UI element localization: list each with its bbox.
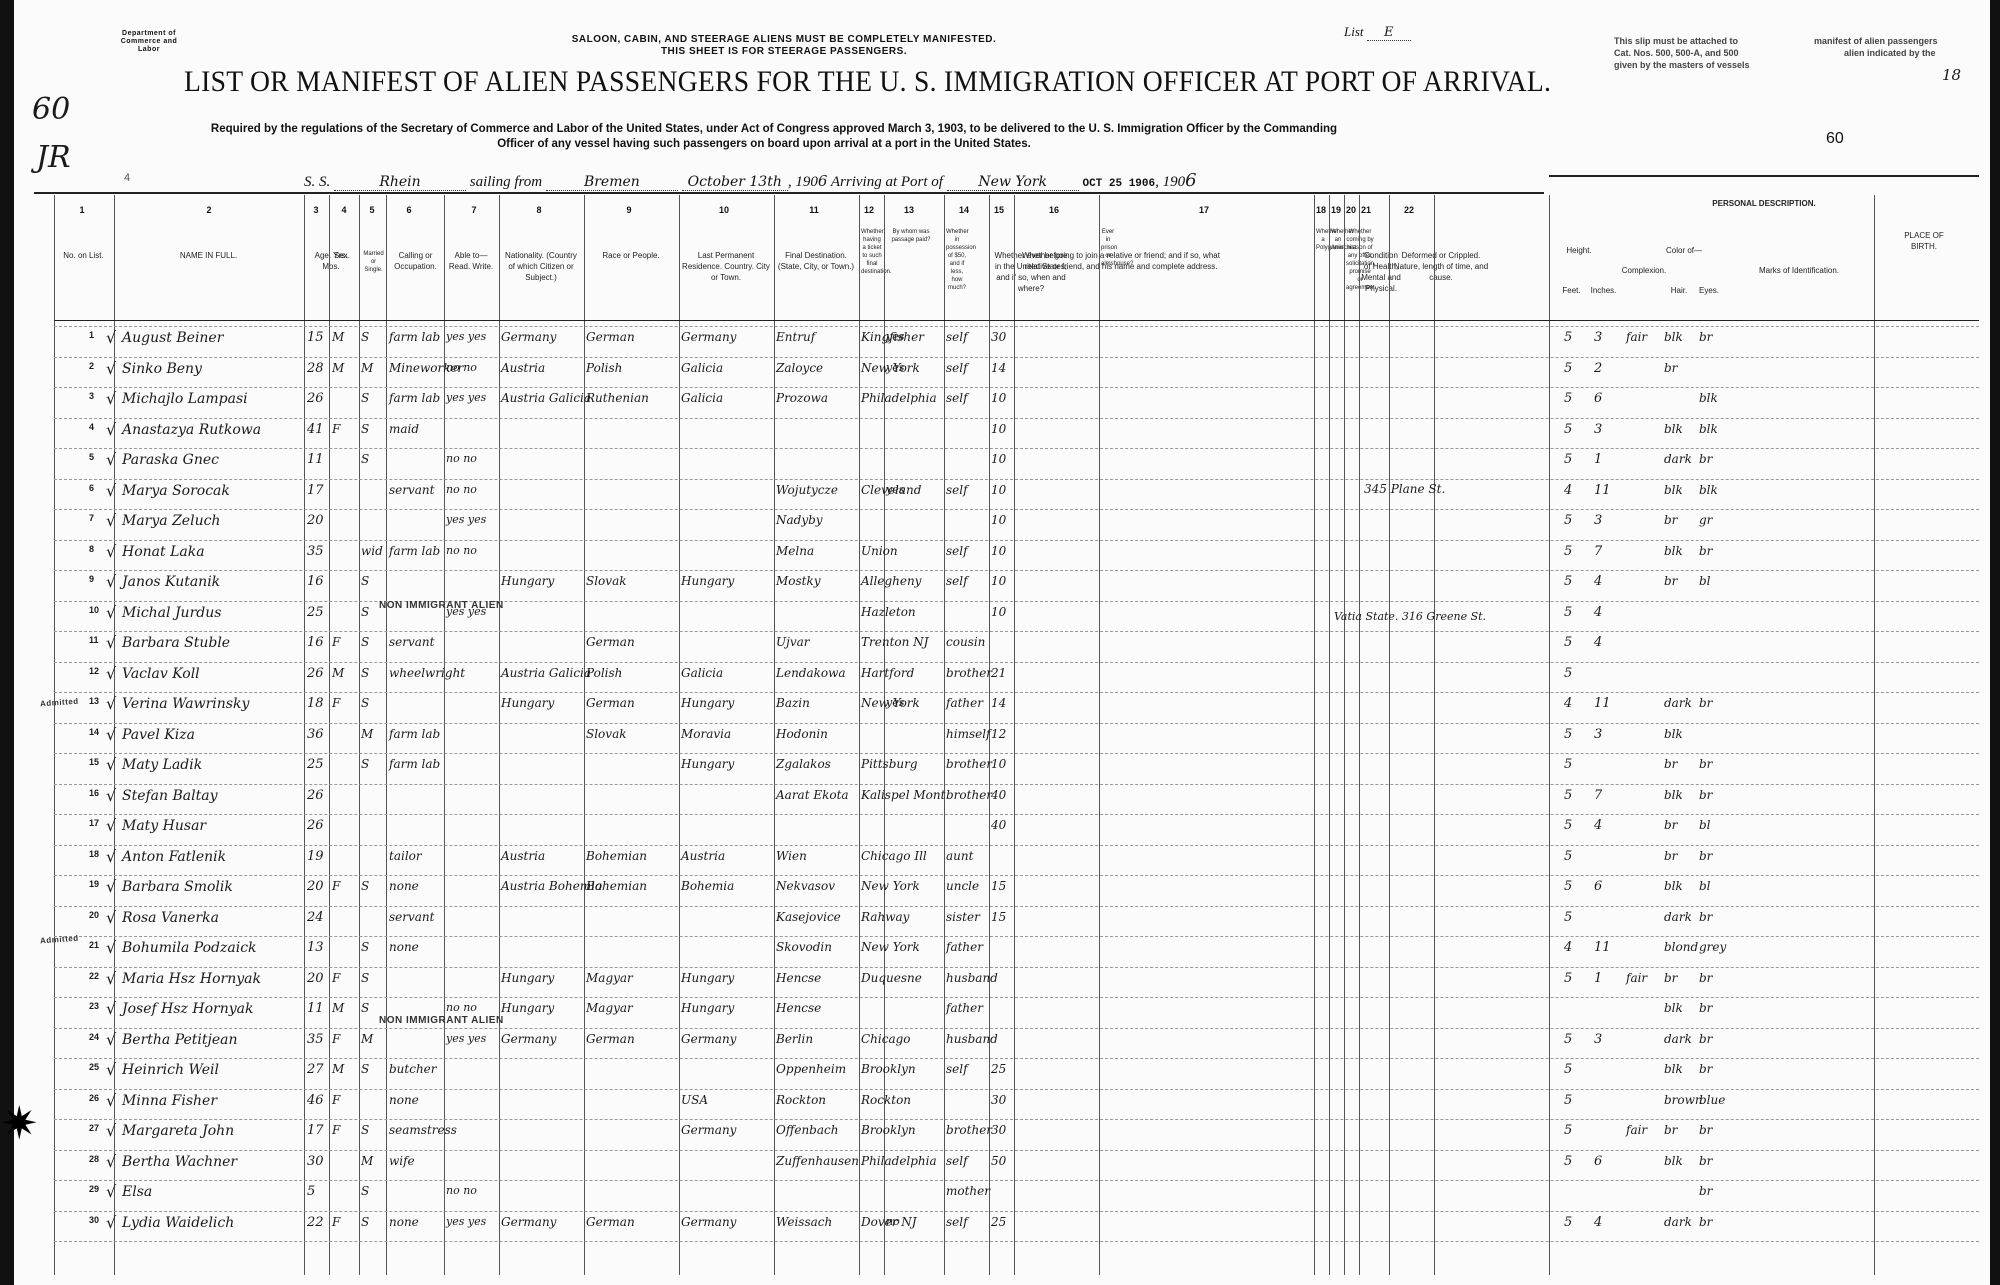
money: 10 bbox=[991, 483, 1006, 497]
checkmark-icon: √ bbox=[106, 908, 116, 927]
money: 10 bbox=[991, 452, 1006, 466]
scan-left-edge bbox=[0, 0, 14, 1285]
column-number-7: 7 bbox=[464, 205, 484, 215]
column-header-22: Deformed or Crippled. Nature, length of … bbox=[1391, 250, 1491, 283]
passenger-name: Minna Fisher bbox=[122, 1093, 217, 1109]
row-number: 20 bbox=[89, 910, 99, 920]
passenger-name: Marya Zeluch bbox=[122, 513, 220, 529]
eye-color: bl bbox=[1699, 574, 1711, 588]
final-destination: Rahway bbox=[861, 910, 909, 924]
row-divider bbox=[54, 936, 1979, 937]
height-feet: 5 bbox=[1564, 361, 1572, 376]
occupation: wheelwright bbox=[389, 666, 465, 680]
row-number: 11 bbox=[89, 635, 99, 645]
final-destination: Hazleton bbox=[861, 605, 916, 619]
eye-color: blk bbox=[1699, 422, 1718, 436]
checkmark-icon: √ bbox=[106, 694, 116, 713]
checkmark-icon: √ bbox=[106, 938, 116, 957]
column-header-11: Final Destination. (State, City, or Town… bbox=[776, 250, 856, 272]
passage-paid-by: self bbox=[946, 544, 968, 558]
row-number: 24 bbox=[89, 1032, 99, 1042]
occupation: farm lab bbox=[389, 727, 440, 741]
height-feet: 4 bbox=[1564, 940, 1572, 955]
row-divider bbox=[54, 723, 1979, 724]
age: 11 bbox=[307, 1001, 324, 1016]
column-number-4: 4 bbox=[334, 205, 354, 215]
row-number: 16 bbox=[89, 788, 99, 798]
column-header-14: Whether in possession of $50, and if les… bbox=[946, 228, 968, 292]
occupation: servant bbox=[389, 483, 434, 497]
residence-city: Kasejovice bbox=[776, 910, 841, 924]
residence-country: Bohemia bbox=[681, 879, 734, 893]
eye-color: br bbox=[1699, 910, 1712, 924]
passage-paid-by: uncle bbox=[946, 879, 979, 893]
notice-line-2: THIS SHEET IS FOR STEERAGE PASSENGERS. bbox=[394, 46, 1174, 57]
hair-color: dark bbox=[1664, 452, 1692, 466]
nationality: Hungary bbox=[501, 574, 554, 588]
marks-header: Marks of Identification. bbox=[1734, 265, 1864, 276]
hair-color: blk bbox=[1664, 544, 1683, 558]
height-feet: 5 bbox=[1564, 1032, 1572, 1047]
residence-city: Entruf bbox=[776, 330, 815, 344]
residence-city: Hodonin bbox=[776, 727, 828, 741]
hair-color: blk bbox=[1664, 1154, 1683, 1168]
row-number: 23 bbox=[89, 1001, 99, 1011]
checkmark-icon: √ bbox=[106, 877, 116, 896]
age: 28 bbox=[307, 361, 324, 376]
occupation: farm lab bbox=[389, 330, 440, 344]
height-inches: 6 bbox=[1594, 391, 1602, 406]
row-divider bbox=[54, 357, 1979, 358]
height-feet: 5 bbox=[1564, 818, 1572, 833]
column-header-10: Last Permanent Residence. Country. City … bbox=[681, 250, 771, 283]
checkmark-icon: √ bbox=[106, 542, 116, 561]
race: Magyar bbox=[586, 1001, 633, 1015]
age: 27 bbox=[307, 1062, 324, 1077]
marital-status: M bbox=[361, 727, 373, 741]
column-number-9: 9 bbox=[619, 205, 639, 215]
ss-prefix: S. S. bbox=[304, 174, 330, 190]
column-number-16: 16 bbox=[1044, 205, 1064, 215]
final-destination: Hartford bbox=[861, 666, 914, 680]
eye-color: br bbox=[1699, 696, 1712, 710]
complexion-header: Complexion. bbox=[1614, 265, 1674, 276]
age: 25 bbox=[307, 757, 324, 772]
residence-country: Hungary bbox=[681, 574, 734, 588]
sex: M bbox=[332, 666, 344, 680]
marital-status: S bbox=[361, 666, 369, 680]
arriving-label: Arriving at Port of bbox=[831, 174, 943, 190]
row-number: 27 bbox=[89, 1123, 99, 1133]
department-label: Department of Commerce and Labor bbox=[114, 30, 184, 54]
eye-color: br bbox=[1699, 1123, 1712, 1137]
hair-color: blk bbox=[1664, 422, 1683, 436]
height-feet: 5 bbox=[1564, 1123, 1572, 1138]
marital-status: S bbox=[361, 574, 369, 588]
eye-color: bl bbox=[1699, 818, 1711, 832]
residence-city: Mostky bbox=[776, 574, 821, 588]
final-destination: Philadelphia bbox=[861, 391, 937, 405]
marital-status: M bbox=[361, 361, 373, 375]
money: 15 bbox=[991, 910, 1006, 924]
passenger-name: Paraska Gnec bbox=[122, 452, 219, 468]
final-destination: Trenton NJ bbox=[861, 635, 928, 649]
height-inches: 3 bbox=[1594, 513, 1602, 528]
scan-right-edge bbox=[1990, 0, 2000, 1285]
sex: F bbox=[332, 1093, 340, 1107]
money: 14 bbox=[991, 361, 1006, 375]
age: 36 bbox=[307, 727, 324, 742]
final-destination: Union bbox=[861, 544, 898, 558]
passenger-name: August Beiner bbox=[122, 330, 223, 346]
checkmark-icon: √ bbox=[106, 725, 116, 744]
eye-color: br bbox=[1699, 1032, 1712, 1046]
row-number: 6 bbox=[89, 483, 94, 493]
eye-color: br bbox=[1699, 1184, 1712, 1198]
ticket: yes bbox=[886, 361, 904, 374]
row-divider bbox=[54, 1058, 1979, 1059]
read-write: no no bbox=[446, 1001, 477, 1014]
list-field: List E bbox=[1344, 24, 1411, 41]
sailing-date: October 13th bbox=[682, 174, 788, 191]
race: Slovak bbox=[586, 727, 627, 741]
row-number: 15 bbox=[89, 757, 99, 767]
column-header-9: Race or People. bbox=[586, 250, 676, 261]
column-number-11: 11 bbox=[804, 205, 824, 215]
read-write: yes yes bbox=[446, 330, 486, 343]
eye-color: blk bbox=[1699, 483, 1718, 497]
column-header-12: Whether having a ticket to such final de… bbox=[861, 228, 883, 276]
row-number: 22 bbox=[89, 971, 99, 981]
height-inches: 7 bbox=[1594, 788, 1602, 803]
column-header-1: No. on List. bbox=[56, 250, 111, 261]
residence-country: Galicia bbox=[681, 361, 723, 375]
eye-color: grey bbox=[1699, 940, 1726, 954]
passenger-name: Maria Hsz Hornyak bbox=[122, 971, 261, 987]
row-divider bbox=[54, 387, 1979, 388]
passenger-name: Bertha Petitjean bbox=[122, 1032, 238, 1048]
read-write: no no bbox=[446, 544, 477, 557]
column-header-2: NAME IN FULL. bbox=[116, 250, 301, 261]
passage-paid-by: himself bbox=[946, 727, 990, 741]
height-inches: 1 bbox=[1594, 971, 1602, 986]
age: 24 bbox=[307, 910, 324, 925]
read-write: yes yes bbox=[446, 391, 486, 404]
eye-color: br bbox=[1699, 757, 1712, 771]
hair-color: br bbox=[1664, 361, 1677, 375]
checkmark-icon: √ bbox=[106, 328, 116, 347]
residence-country: Galicia bbox=[681, 391, 723, 405]
passage-paid-by: self bbox=[946, 483, 968, 497]
residence-city: Rockton bbox=[776, 1093, 826, 1107]
age: 22 bbox=[307, 1215, 324, 1230]
money: 10 bbox=[991, 422, 1006, 436]
height-feet: 5 bbox=[1564, 605, 1572, 620]
passenger-name: Barbara Smolik bbox=[122, 879, 233, 895]
row-number: 1 bbox=[89, 330, 94, 340]
column-header-8: Nationality. (Country of which Citizen o… bbox=[501, 250, 581, 283]
residence-city: Oppenheim bbox=[776, 1062, 846, 1076]
row-number: 19 bbox=[89, 879, 99, 889]
row-number: 30 bbox=[89, 1215, 99, 1225]
residence-city: Weissach bbox=[776, 1215, 832, 1229]
row-divider bbox=[54, 418, 1979, 419]
row-divider bbox=[54, 479, 1979, 480]
row-divider bbox=[54, 814, 1979, 815]
column-header-5: Married or Single. bbox=[361, 250, 386, 274]
eye-color: br bbox=[1699, 1215, 1712, 1229]
passage-paid-by: self bbox=[946, 1154, 968, 1168]
residence-country: Moravia bbox=[681, 727, 731, 741]
marital-status: S bbox=[361, 1062, 369, 1076]
checkmark-icon: √ bbox=[106, 450, 116, 469]
eyes-header: Eyes. bbox=[1694, 285, 1724, 296]
money: 10 bbox=[991, 391, 1006, 405]
row-number: 7 bbox=[89, 513, 94, 523]
final-destination: Brooklyn bbox=[861, 1062, 916, 1076]
race: German bbox=[586, 696, 635, 710]
column-header-19: Whether an Anarchist. bbox=[1331, 228, 1345, 252]
row-divider bbox=[54, 509, 1979, 510]
passage-paid-by: brother bbox=[946, 788, 992, 802]
money: 30 bbox=[991, 1123, 1006, 1137]
row-divider bbox=[54, 1150, 1979, 1151]
age: 15 bbox=[307, 330, 324, 345]
checkmark-icon: √ bbox=[106, 755, 116, 774]
age: 35 bbox=[307, 1032, 324, 1047]
height-feet: 5 bbox=[1564, 971, 1572, 986]
sex: M bbox=[332, 330, 344, 344]
hair-color: brown bbox=[1664, 1093, 1703, 1107]
header-rule bbox=[34, 192, 1544, 194]
money: 40 bbox=[991, 818, 1006, 832]
height-feet: 5 bbox=[1564, 391, 1572, 406]
marital-status: S bbox=[361, 605, 369, 619]
star-marker-icon: ✷ bbox=[0, 1100, 39, 1146]
money: 12 bbox=[991, 727, 1006, 741]
occupation: farm lab bbox=[389, 391, 440, 405]
checkmark-icon: √ bbox=[106, 847, 116, 866]
admitted-stamp-2: Admitted bbox=[40, 934, 79, 946]
passage-paid-by: self bbox=[946, 1062, 968, 1076]
passenger-name: Rosa Vanerka bbox=[122, 910, 219, 926]
residence-city: Zaloyce bbox=[776, 361, 823, 375]
eye-color: br bbox=[1699, 971, 1712, 985]
checkmark-icon: √ bbox=[106, 1182, 116, 1201]
marital-status: S bbox=[361, 696, 369, 710]
final-destination: New York bbox=[861, 879, 920, 893]
hair-color: dark bbox=[1664, 1215, 1692, 1229]
age: 17 bbox=[307, 483, 324, 498]
column-number-12: 12 bbox=[859, 205, 879, 215]
sex: F bbox=[332, 1123, 340, 1137]
final-destination: Philadelphia bbox=[861, 1154, 937, 1168]
height-feet: 5 bbox=[1564, 574, 1572, 589]
eye-color: br bbox=[1699, 1001, 1712, 1015]
occupation: servant bbox=[389, 635, 434, 649]
slip-line-2b: alien indicated by the bbox=[1844, 48, 1936, 58]
passenger-name: Honat Laka bbox=[122, 544, 205, 560]
height-feet: 5 bbox=[1564, 849, 1572, 864]
marital-status: M bbox=[361, 1032, 373, 1046]
marital-status: S bbox=[361, 1123, 369, 1137]
eye-color: br bbox=[1699, 788, 1712, 802]
checkmark-icon: √ bbox=[106, 816, 116, 835]
passenger-name: Josef Hsz Hornyak bbox=[122, 1001, 253, 1017]
checkmark-icon: √ bbox=[106, 359, 116, 378]
row-divider bbox=[54, 906, 1979, 907]
marital-status: S bbox=[361, 1184, 369, 1198]
height-inches: 7 bbox=[1594, 544, 1602, 559]
read-write: no no bbox=[446, 483, 477, 496]
occupation: servant bbox=[389, 910, 434, 924]
eye-color: blk bbox=[1699, 391, 1718, 405]
hair-color: br bbox=[1664, 574, 1677, 588]
age: 16 bbox=[307, 635, 324, 650]
residence-country: USA bbox=[681, 1093, 708, 1107]
age: 20 bbox=[307, 971, 324, 986]
residence-city: Melna bbox=[776, 544, 814, 558]
height-feet: 5 bbox=[1564, 757, 1572, 772]
passage-paid-by: mother bbox=[946, 1184, 990, 1198]
occupation: farm lab bbox=[389, 757, 440, 771]
money: 10 bbox=[991, 574, 1006, 588]
manifest-page: Department of Commerce and Labor SALOON,… bbox=[14, 0, 2000, 1285]
height-feet: 5 bbox=[1564, 1062, 1572, 1077]
row-divider bbox=[54, 1119, 1979, 1120]
checkmark-icon: √ bbox=[106, 1213, 116, 1232]
passenger-name: Anton Fatlenik bbox=[122, 849, 226, 865]
race: German bbox=[586, 1215, 635, 1229]
sex: F bbox=[332, 1215, 340, 1229]
column-number-14: 14 bbox=[954, 205, 974, 215]
hair-header: Hair. bbox=[1664, 285, 1694, 296]
voyage-line: S. S. Rhein sailing from Bremen October … bbox=[304, 170, 1197, 191]
height-feet: 5 bbox=[1564, 1154, 1572, 1169]
height-inches: 3 bbox=[1594, 1032, 1602, 1047]
height-inches: 6 bbox=[1594, 1154, 1602, 1169]
passage-paid-by: brother bbox=[946, 1123, 992, 1137]
hair-color: blk bbox=[1664, 788, 1683, 802]
occupation: wife bbox=[389, 1154, 415, 1168]
passage-paid-by: father bbox=[946, 1001, 983, 1015]
height-feet: 4 bbox=[1564, 696, 1572, 711]
column-number-17: 17 bbox=[1194, 205, 1214, 215]
residence-country: Germany bbox=[681, 1032, 736, 1046]
passenger-name: Elsa bbox=[122, 1184, 152, 1200]
marital-status: S bbox=[361, 422, 369, 436]
row-divider bbox=[54, 875, 1979, 876]
passage-paid-by: father bbox=[946, 696, 983, 710]
age: 26 bbox=[307, 788, 324, 803]
row-divider bbox=[54, 784, 1979, 785]
marital-status: S bbox=[361, 452, 369, 466]
admitted-stamp-1: Admitted bbox=[40, 697, 79, 709]
race: German bbox=[586, 1032, 635, 1046]
sailing-from-label: sailing from bbox=[470, 174, 542, 190]
residence-country: Germany bbox=[681, 1215, 736, 1229]
passage-paid-by: self bbox=[946, 574, 968, 588]
age: 16 bbox=[307, 574, 324, 589]
ticket: yes bbox=[886, 330, 904, 343]
year-suffix-1: 6 bbox=[818, 172, 828, 190]
read-write: no no bbox=[446, 361, 477, 374]
height-feet: 5 bbox=[1564, 1093, 1572, 1108]
height-feet: 5 bbox=[1564, 788, 1572, 803]
place-of-birth-header: PLACE OF BIRTH. bbox=[1894, 230, 1954, 252]
residence-city: Offenbach bbox=[776, 1123, 838, 1137]
residence-city: Nekvasov bbox=[776, 879, 835, 893]
marital-status: S bbox=[361, 971, 369, 985]
money: 30 bbox=[991, 330, 1006, 344]
race: Bohemian bbox=[586, 879, 647, 893]
residence-city: Ujvar bbox=[776, 635, 810, 649]
sex: F bbox=[332, 879, 340, 893]
row-divider bbox=[54, 1211, 1979, 1212]
residence-city: Berlin bbox=[776, 1032, 813, 1046]
height-inches: 4 bbox=[1594, 818, 1602, 833]
sex: F bbox=[332, 971, 340, 985]
final-destination: Duquesne bbox=[861, 971, 922, 985]
race: Slovak bbox=[586, 574, 627, 588]
eye-color: br bbox=[1699, 544, 1712, 558]
row-divider bbox=[54, 570, 1979, 571]
nationality: Germany bbox=[501, 1032, 556, 1046]
slip-line-3: given by the masters of vessels bbox=[1614, 60, 1750, 70]
hair-color: br bbox=[1664, 971, 1677, 985]
header-bottom-rule bbox=[54, 320, 1979, 321]
passage-paid-by: brother bbox=[946, 666, 992, 680]
height-feet: 5 bbox=[1564, 879, 1572, 894]
column-header-4: Sex. bbox=[331, 250, 353, 261]
occupation: none bbox=[389, 1215, 419, 1229]
height-inches: 4 bbox=[1594, 605, 1602, 620]
passage-paid-by: self bbox=[946, 1215, 968, 1229]
row-divider bbox=[54, 845, 1979, 846]
race: German bbox=[586, 330, 635, 344]
height-inches: 11 bbox=[1594, 483, 1611, 498]
page-title: LIST OR MANIFEST OF ALIEN PASSENGERS FOR… bbox=[184, 65, 1551, 99]
height-feet: 5 bbox=[1564, 452, 1572, 467]
passenger-name: Stefan Baltay bbox=[122, 788, 218, 804]
race: Polish bbox=[586, 666, 622, 680]
row-divider bbox=[54, 1180, 1979, 1181]
notice-line-1: SALOON, CABIN, AND STEERAGE ALIENS MUST … bbox=[394, 34, 1174, 45]
height-inches: 4 bbox=[1594, 1215, 1602, 1230]
corner-note: 18 bbox=[1942, 66, 1961, 84]
height-feet: 5 bbox=[1564, 635, 1572, 650]
eye-color: br bbox=[1699, 1154, 1712, 1168]
non-immigrant-stamp-1: NON IMMIGRANT ALIEN bbox=[379, 600, 504, 611]
checkmark-icon: √ bbox=[106, 572, 116, 591]
final-destination: Chicago Ill bbox=[861, 849, 927, 863]
row-number: 8 bbox=[89, 544, 94, 554]
marital-status: S bbox=[361, 879, 369, 893]
height-inches: 3 bbox=[1594, 422, 1602, 437]
nationality: Austria bbox=[501, 849, 545, 863]
race: Ruthenian bbox=[586, 391, 649, 405]
residence-city: Skovodin bbox=[776, 940, 832, 954]
row-number: 14 bbox=[89, 727, 99, 737]
passenger-name: Margareta John bbox=[122, 1123, 234, 1139]
sex: F bbox=[332, 696, 340, 710]
complexion: fair bbox=[1626, 1123, 1647, 1137]
residence-country: Hungary bbox=[681, 1001, 734, 1015]
row-divider bbox=[54, 326, 1979, 327]
column-number-2: 2 bbox=[199, 205, 219, 215]
age: 26 bbox=[307, 391, 324, 406]
hair-color: blond bbox=[1664, 940, 1698, 954]
